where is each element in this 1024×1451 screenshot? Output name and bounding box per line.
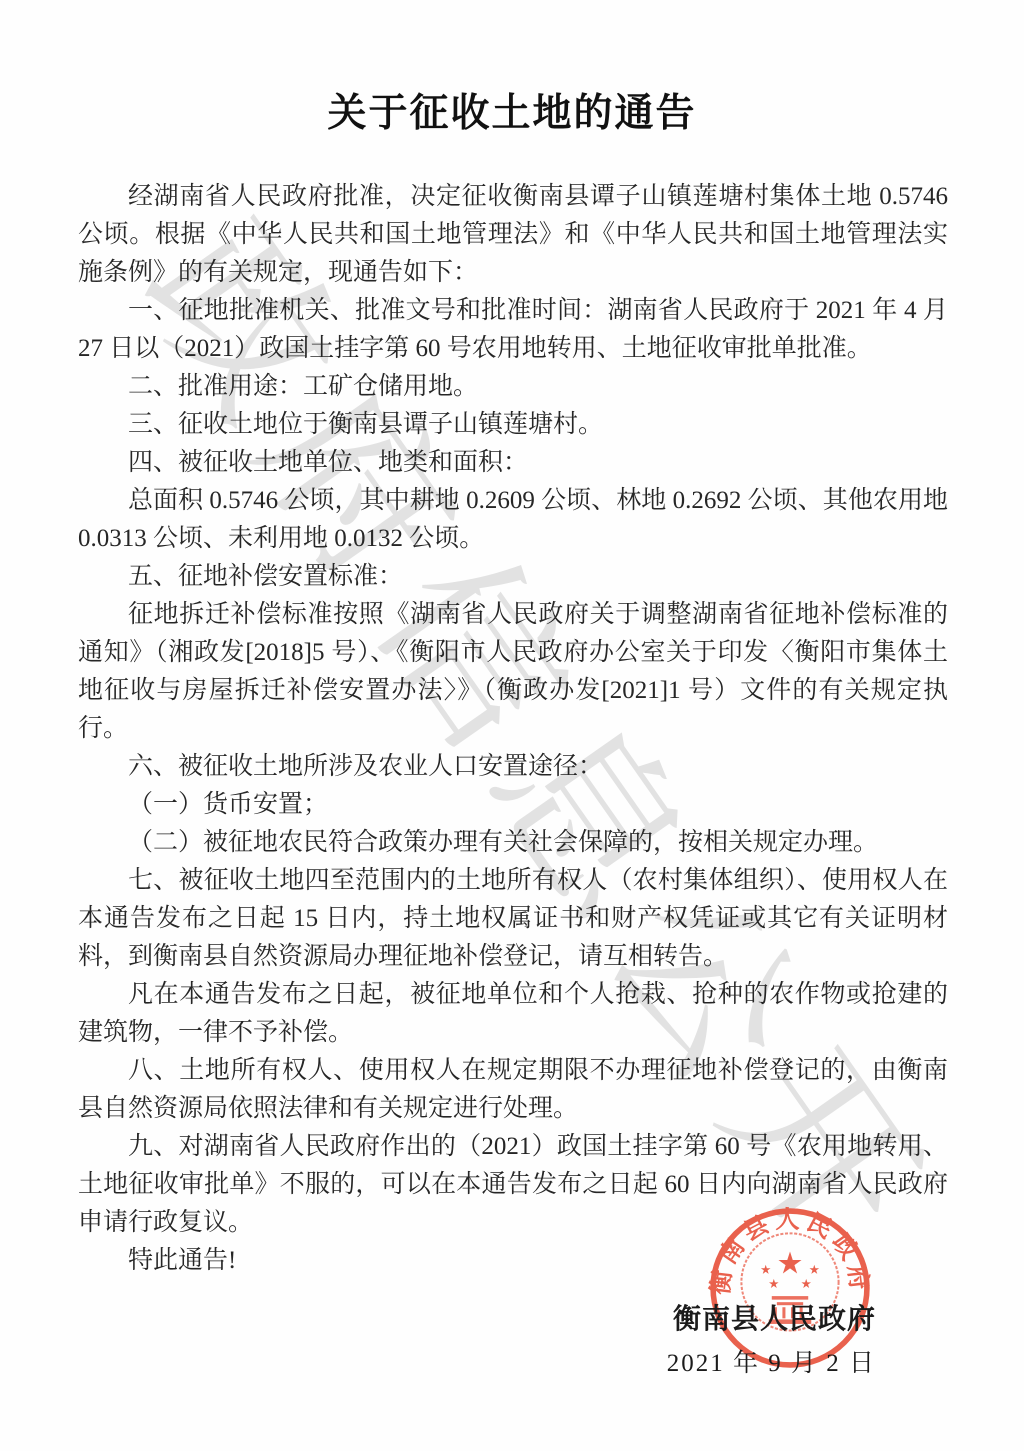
notice-paragraph: 征地拆迁补偿标准按照《湖南省人民政府关于调整湖南省征地补偿标准的通知》（湘政发[… [78,596,948,748]
notice-paragraph: 二、批准用途：工矿仓储用地。 [78,368,948,406]
notice-paragraph: 八、土地所有权人、使用权人在规定期限不办理征地补偿登记的，由衡南县自然资源局依照… [78,1052,948,1128]
notice-paragraph: （一）货币安置； [78,786,948,824]
seal-small-star-icon [769,1279,779,1288]
signature-date: 2021 年 9 月 2 日 [667,1343,876,1379]
seal-arc-text: 衡南县人民政府 [707,1206,873,1296]
notice-paragraph: 四、被征收土地单位、地类和面积： [78,444,948,482]
seal-big-star-icon [778,1252,801,1274]
notice-paragraph: 五、征地补偿安置标准： [78,558,948,596]
signature-block: 衡南县人民政府 2021 年 9 月 2 日 [667,1297,876,1379]
document-page: 政府信息公开 关于征收土地的通告 经湖南省人民政府批准，决定征收衡南县谭子山镇莲… [0,0,1024,1451]
notice-paragraph: 六、被征收土地所涉及农业人口安置途径： [78,748,948,786]
notice-paragraph: 七、被征收土地四至范围内的土地所有权人（农村集体组织）、使用权人在本通告发布之日… [78,862,948,976]
notice-paragraph: （二）被征地农民符合政策办理有关社会保障的，按相关规定办理。 [78,824,948,862]
notice-paragraph: 经湖南省人民政府批准，决定征收衡南县谭子山镇莲塘村集体土地 0.5746 公顷。… [78,178,948,292]
notice-body: 经湖南省人民政府批准，决定征收衡南县谭子山镇莲塘村集体土地 0.5746 公顷。… [0,178,1024,1280]
notice-title: 关于征收土地的通告 [0,0,1024,138]
seal-small-star-icon [801,1279,811,1288]
svg-text:衡南县人民政府: 衡南县人民政府 [707,1206,873,1296]
notice-paragraph: 三、征收土地位于衡南县谭子山镇莲塘村。 [78,406,948,444]
seal-small-star-icon [809,1265,819,1274]
notice-paragraph: 一、征地批准机关、批准文号和批准时间：湖南省人民政府于 2021 年 4 月 2… [78,292,948,368]
seal-small-star-icon [761,1265,771,1274]
signature-org: 衡南县人民政府 [667,1297,876,1337]
notice-paragraph: 凡在本通告发布之日起，被征地单位和个人抢栽、抢种的农作物或抢建的建筑物，一律不予… [78,976,948,1052]
notice-paragraph: 总面积 0.5746 公顷，其中耕地 0.2609 公顷、林地 0.2692 公… [78,482,948,558]
